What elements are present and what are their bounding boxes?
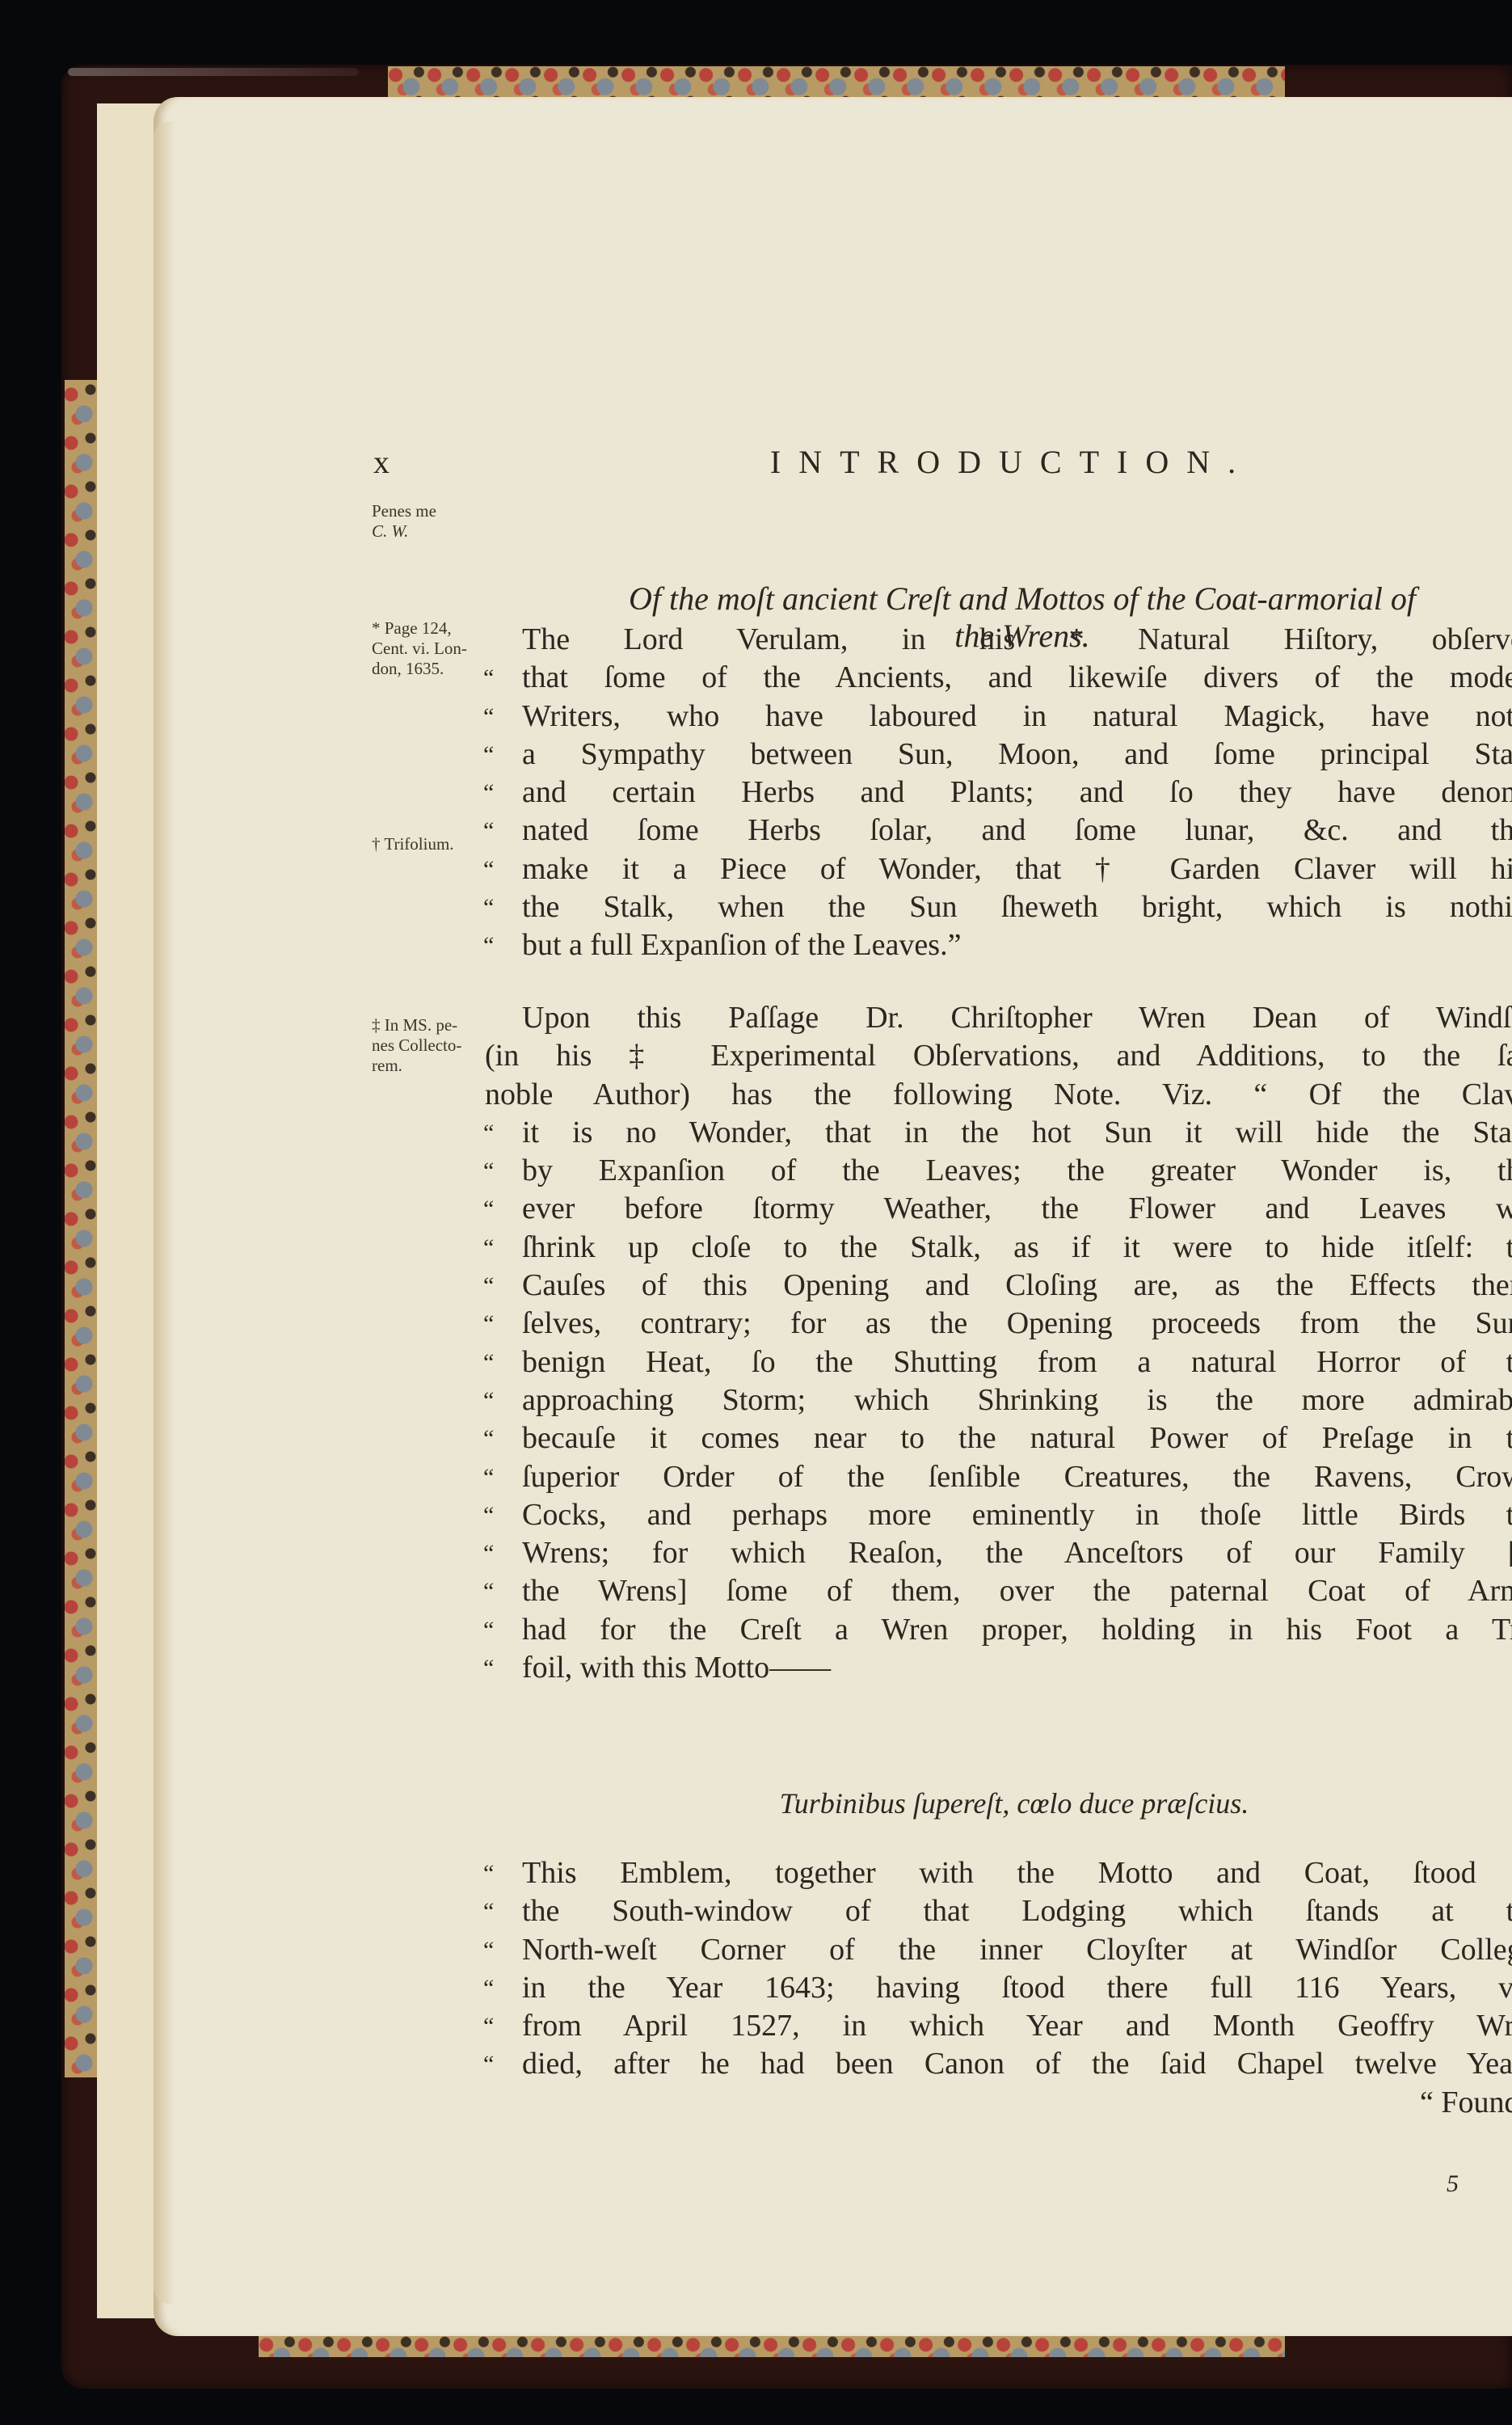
text-line: “ſhrink up cloſe to the Stalk, as if it … <box>485 1229 1512 1267</box>
quote-mark: “ <box>483 698 494 736</box>
line-text: foil, with this Motto—— <box>522 1649 1512 1687</box>
quote-mark: “ <box>483 1611 494 1649</box>
text-line: “it is no Wonder, that in the hot Sun it… <box>485 1114 1512 1152</box>
line-text: from April 1527, in which Year and Month… <box>522 2007 1512 2045</box>
line-text: died, after he had been Canon of the ſai… <box>522 2045 1512 2083</box>
quote-mark: “ <box>483 1267 494 1305</box>
line-text: the Stalk, when the Sun ſheweth bright, … <box>522 888 1512 926</box>
line-text: ſhrink up cloſe to the Stalk, as if it w… <box>522 1229 1512 1267</box>
text-line: “North-weſt Corner of the inner Cloyſter… <box>485 1931 1512 1969</box>
quote-mark: “ <box>483 888 494 926</box>
margin-note-line: † Trifolium. <box>372 834 493 854</box>
line-text: by Expanſion of the Leaves; the greater … <box>522 1152 1512 1190</box>
line-text: ſelves, contrary; for as the Opening pro… <box>522 1305 1512 1343</box>
quote-mark: “ <box>483 1649 494 1687</box>
line-text: but a full Expanſion of the Leaves.” <box>522 926 1512 964</box>
line-text: in the Year 1643; having ſtood there ful… <box>522 1969 1512 2007</box>
text-line: “foil, with this Motto—— <box>485 1649 1512 1687</box>
paragraph-3: “This Emblem, together with the Motto an… <box>485 1854 1512 2084</box>
text-line: “in the Year 1643; having ſtood there fu… <box>485 1969 1512 2007</box>
line-text: becauſe it comes near to the natural Pow… <box>522 1419 1512 1457</box>
quote-mark: “ <box>483 1931 494 1969</box>
margin-note-line: * Page 124, <box>372 618 493 639</box>
line-text: North-weſt Corner of the inner Cloyſter … <box>522 1931 1512 1969</box>
quote-mark: “ <box>483 1969 494 2007</box>
quote-mark: “ <box>483 1892 494 1930</box>
line-text: Writers, who have laboured in natural Ma… <box>522 698 1512 736</box>
quote-mark: “ <box>483 2045 494 2083</box>
line-text: The Lord Verulam, in his * Natural Hiſto… <box>522 621 1512 659</box>
heading-line-1: Of the moſt ancient Creſt and Mottos of … <box>493 580 1512 618</box>
quote-mark: “ <box>483 1458 494 1496</box>
line-text: ſuperior Order of the ſenſible Creatures… <box>522 1458 1512 1496</box>
text-line: “that ſome of the Ancients, and likewiſe… <box>485 659 1512 697</box>
quote-mark: “ <box>483 926 494 964</box>
text-line: “make it a Piece of Wonder, that † Garde… <box>485 850 1512 888</box>
quote-mark: “ <box>483 1229 494 1267</box>
quote-mark: “ <box>483 812 494 850</box>
text-line: “ſuperior Order of the ſenſible Creature… <box>485 1458 1512 1496</box>
line-text: Upon this Paſſage Dr. Chriſtopher Wren D… <box>522 999 1512 1037</box>
line-text: Cocks, and perhaps more eminently in tho… <box>522 1496 1512 1534</box>
margin-note-line: C. W. <box>372 521 493 542</box>
text-line: “Writers, who have laboured in natural M… <box>485 698 1512 736</box>
page-header: x INTRODUCTION. <box>373 443 1512 491</box>
text-line: “by Expanſion of the Leaves; the greater… <box>485 1152 1512 1190</box>
page-content: x INTRODUCTION. Of the moſt ancient Creſ… <box>154 97 1512 2336</box>
line-text: approaching Storm; which Shrinking is th… <box>522 1381 1512 1419</box>
text-line: “from April 1527, in which Year and Mont… <box>485 2007 1512 2045</box>
line-text: it is no Wonder, that in the hot Sun it … <box>522 1114 1512 1152</box>
signature-mark: 5 <box>1447 2170 1459 2198</box>
quote-mark: “ <box>483 659 494 697</box>
paragraph-1: The Lord Verulam, in his * Natural Hiſto… <box>485 621 1512 965</box>
text-line: “had for the Creſt a Wren proper, holdin… <box>485 1611 1512 1649</box>
quote-mark: “ <box>483 2007 494 2045</box>
book-page: x INTRODUCTION. Of the moſt ancient Creſ… <box>154 97 1512 2336</box>
line-text: (in his ‡ Experimental Obſervations, and… <box>485 1037 1512 1075</box>
text-line: “Cauſes of this Opening and Cloſing are,… <box>485 1267 1512 1305</box>
text-line: “the Stalk, when the Sun ſheweth bright,… <box>485 888 1512 926</box>
margin-note-ms: ‡ In MS. pe- nes Collecto- rem. <box>372 1015 493 1076</box>
text-line: “Cocks, and perhaps more eminently in th… <box>485 1496 1512 1534</box>
quote-mark: “ <box>483 1534 494 1572</box>
line-text: the South-window of that Lodging which ſ… <box>522 1892 1512 1930</box>
quote-mark: “ <box>483 1190 494 1228</box>
quote-mark: “ <box>483 1381 494 1419</box>
text-line: “becauſe it comes near to the natural Po… <box>485 1419 1512 1457</box>
motto: Turbinibus ſupereſt, cœlo duce præſcius. <box>485 1786 1512 1820</box>
text-line: “nated ſome Herbs ſolar, and ſome lunar,… <box>485 812 1512 850</box>
text-line: “This Emblem, together with the Motto an… <box>485 1854 1512 1892</box>
text-line: “and certain Herbs and Plants; and ſo th… <box>485 774 1512 812</box>
line-text: nated ſome Herbs ſolar, and ſome lunar, … <box>522 812 1512 850</box>
paragraph-2: Upon this Paſſage Dr. Chriſtopher Wren D… <box>485 999 1512 1687</box>
quote-mark: “ <box>483 850 494 888</box>
quote-mark: “ <box>483 1496 494 1534</box>
text-line: “the Wrens] ſome of them, over the pater… <box>485 1572 1512 1610</box>
margin-note-penes: Penes me C. W. <box>372 501 493 542</box>
text-line: “approaching Storm; which Shrinking is t… <box>485 1381 1512 1419</box>
text-line: (in his ‡ Experimental Obſervations, and… <box>485 1037 1512 1075</box>
margin-note-line: rem. <box>372 1056 493 1076</box>
margin-note-line: nes Collecto- <box>372 1035 493 1056</box>
text-line: “a Sympathy between Sun, Moon, and ſome … <box>485 736 1512 774</box>
quote-mark: “ <box>483 1343 494 1381</box>
text-line: noble Author) has the following Note. Vi… <box>485 1076 1512 1114</box>
margin-note-line: Penes me <box>372 501 493 521</box>
quote-mark: “ <box>483 1854 494 1892</box>
running-head: INTRODUCTION. <box>373 443 1512 481</box>
line-text: a Sympathy between Sun, Moon, and ſome p… <box>522 736 1512 774</box>
text-line: The Lord Verulam, in his * Natural Hiſto… <box>485 621 1512 659</box>
line-text: had for the Creſt a Wren proper, holding… <box>522 1611 1512 1649</box>
text-line: “benign Heat, ſo the Shutting from a nat… <box>485 1343 1512 1381</box>
margin-note-page124: * Page 124, Cent. vi. Lon- don, 1635. <box>372 618 493 679</box>
marbled-edge-top <box>388 66 1285 97</box>
quote-mark: “ <box>483 1419 494 1457</box>
line-text: and certain Herbs and Plants; and ſo the… <box>522 774 1512 812</box>
line-text: Wrens; for which Reaſon, the Anceſtors o… <box>522 1534 1512 1572</box>
text-line: “the South-window of that Lodging which … <box>485 1892 1512 1930</box>
text-line: “ſelves, contrary; for as the Opening pr… <box>485 1305 1512 1343</box>
line-text: make it a Piece of Wonder, that † Garden… <box>522 850 1512 888</box>
quote-mark: “ <box>483 1152 494 1190</box>
margin-note-trifolium: † Trifolium. <box>372 834 493 854</box>
catchword: “ Founder <box>485 2084 1512 2122</box>
marbled-edge-bottom <box>259 2336 1285 2357</box>
text-line: “Wrens; for which Reaſon, the Anceſtors … <box>485 1534 1512 1572</box>
text-line: “ever before ſtormy Weather, the Flower … <box>485 1190 1512 1228</box>
line-text: the Wrens] ſome of them, over the patern… <box>522 1572 1512 1610</box>
line-text: ever before ſtormy Weather, the Flower a… <box>522 1190 1512 1228</box>
line-text: noble Author) has the following Note. Vi… <box>485 1076 1512 1114</box>
line-text: benign Heat, ſo the Shutting from a natu… <box>522 1343 1512 1381</box>
line-text: Cauſes of this Opening and Cloſing are, … <box>522 1267 1512 1305</box>
catchword-line: “ Founder <box>485 2084 1512 2122</box>
text-line: “died, after he had been Canon of the ſa… <box>485 2045 1512 2083</box>
text-line: “but a full Expanſion of the Leaves.” <box>485 926 1512 964</box>
margin-note-line: ‡ In MS. pe- <box>372 1015 493 1035</box>
quote-mark: “ <box>483 774 494 812</box>
quote-mark: “ <box>483 1114 494 1152</box>
margin-note-line: Cent. vi. Lon- <box>372 639 493 659</box>
line-text: This Emblem, together with the Motto and… <box>522 1854 1512 1892</box>
quote-mark: “ <box>483 736 494 774</box>
quote-mark: “ <box>483 1572 494 1610</box>
margin-note-line: don, 1635. <box>372 659 493 679</box>
quote-mark: “ <box>483 1305 494 1343</box>
text-line: Upon this Paſſage Dr. Chriſtopher Wren D… <box>485 999 1512 1037</box>
line-text: that ſome of the Ancients, and likewiſe … <box>522 659 1512 697</box>
